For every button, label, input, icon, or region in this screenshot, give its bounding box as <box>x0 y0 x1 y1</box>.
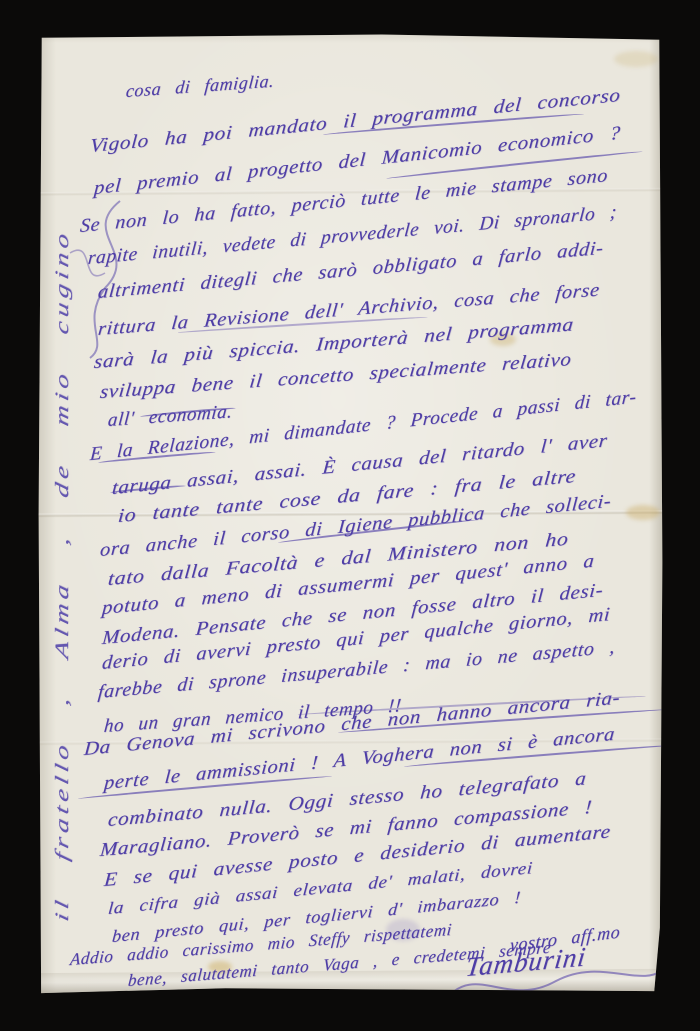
signature-flourish <box>436 951 671 1026</box>
paper-stain <box>614 51 658 67</box>
handwritten-line: cosa di famiglia. <box>125 71 275 102</box>
handwritten-line: all' economia. <box>107 402 233 431</box>
ink-flourish <box>50 193 150 363</box>
paper-stain <box>626 505 660 520</box>
letter-page: cosa di famiglia. Vigolo ha poi mandato … <box>38 33 663 995</box>
photograph-background: cosa di famiglia. Vigolo ha poi mandato … <box>0 0 700 1031</box>
